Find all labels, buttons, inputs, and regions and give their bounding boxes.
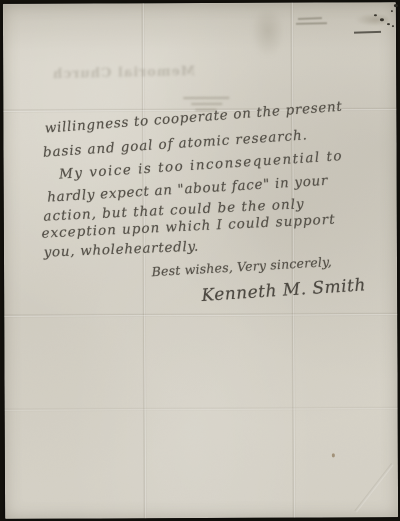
letterhead-bleedthrough-address-line	[183, 97, 229, 99]
ink-speck	[391, 10, 393, 12]
closing-line: Best wishes, Very sincerely,	[151, 254, 332, 279]
foxing-speck	[332, 453, 335, 457]
letter-paper: Memorial Church willingness to cooperate…	[3, 2, 398, 519]
pencil-annotation	[296, 22, 327, 25]
paper-smudge	[251, 9, 285, 59]
ink-dash-mark	[354, 31, 381, 34]
letterhead-bleedthrough: Memorial Church	[79, 64, 195, 82]
scanned-letter: Memorial Church willingness to cooperate…	[0, 0, 400, 521]
ink-speck	[380, 18, 384, 21]
fold-crease-horizontal-middle	[4, 312, 397, 318]
signature: Kenneth M. Smith	[201, 275, 367, 306]
fold-crease-vertical-left	[141, 3, 147, 518]
handwriting-line: you, wholeheartedly.	[43, 239, 199, 261]
ink-speck	[392, 25, 394, 27]
fold-crease-horizontal-lower	[5, 406, 398, 412]
corner-ink-mark	[394, 4, 398, 7]
crease-diagonal-bottom-right	[354, 463, 393, 512]
letterhead-bleedthrough-address-line	[191, 103, 222, 105]
ink-speck	[374, 14, 377, 16]
ink-speck	[387, 23, 390, 25]
pencil-annotation	[298, 17, 322, 20]
